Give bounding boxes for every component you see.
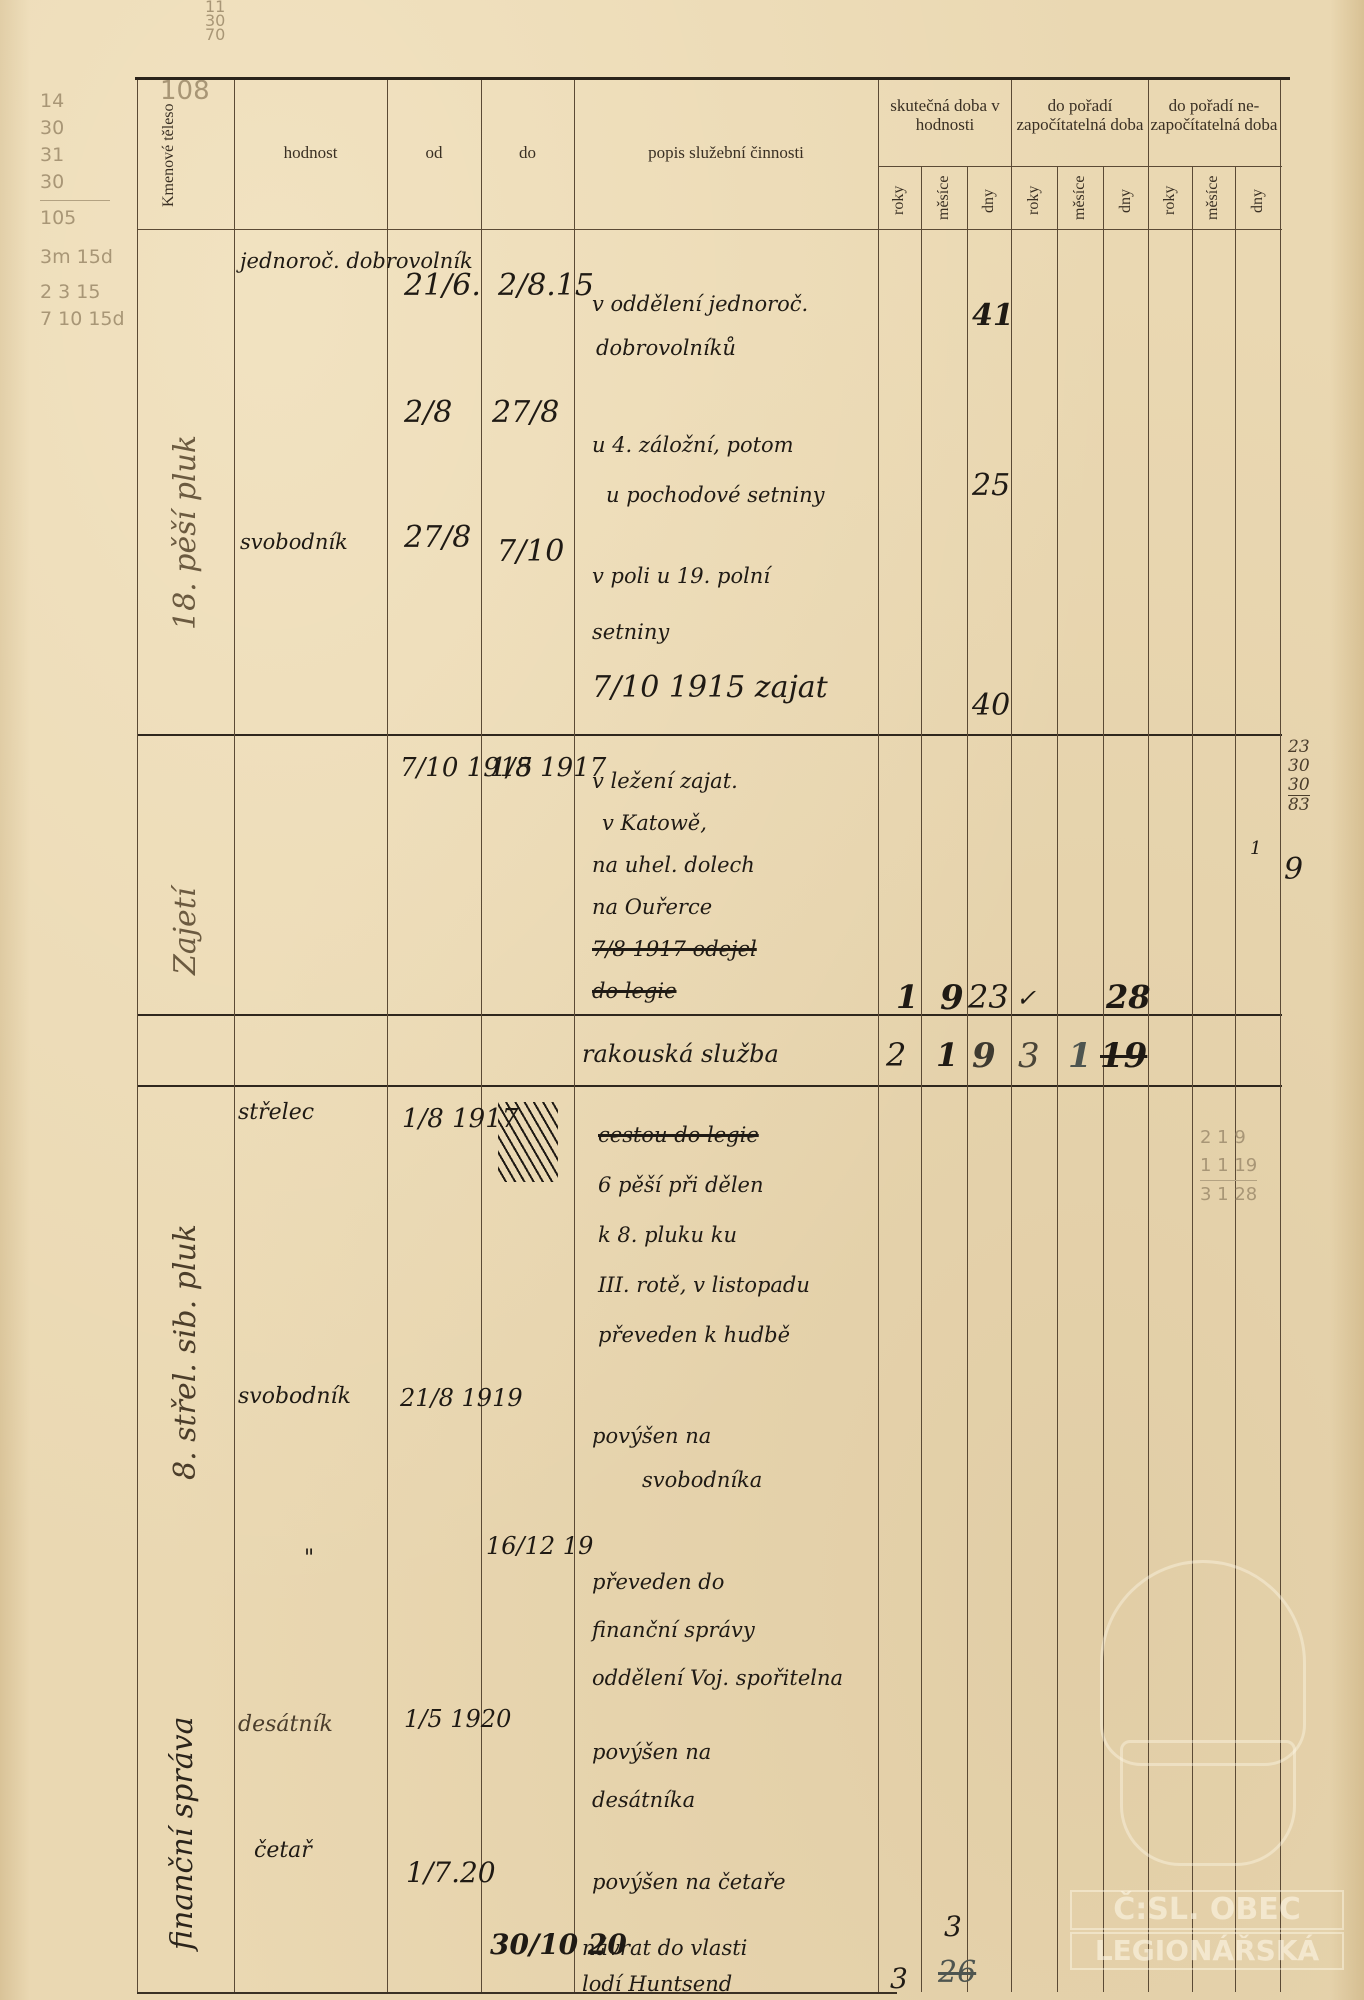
sec5-skutecna-dny-crossed: 26 bbox=[938, 1955, 976, 1990]
margin-note-top: 113070 bbox=[205, 0, 225, 42]
sec4-row1-popis: cestou do legie 6 pěší při dělen k 8. pl… bbox=[598, 1110, 810, 1360]
header-group-nezapocitatelna: do pořadí ne-započítatelná doba bbox=[1150, 96, 1278, 134]
soldier-helmet-emblem-icon bbox=[1100, 1560, 1306, 1766]
subheader-sk-roky: roky bbox=[890, 180, 908, 220]
subheader-ne-roky: roky bbox=[1161, 180, 1179, 220]
subheader-ne-mesice: měsíce bbox=[1204, 172, 1222, 224]
rakouska-popis: rakouská služba bbox=[582, 1040, 779, 1068]
sec5-skutecna-roky: 3 bbox=[890, 1962, 908, 1995]
sec4-row2-popis: povýšen na svobodníka bbox=[592, 1414, 762, 1502]
col-line-popis bbox=[878, 80, 879, 1992]
unit-zajeti: Zajetí bbox=[168, 855, 203, 975]
zajeti-skutecna-dny: 23 bbox=[968, 978, 1009, 1016]
row1-do: 2/8.15 bbox=[498, 268, 594, 303]
sec5-row3-popis: návrat do vlasti lodí Huntsend bbox=[582, 1930, 747, 2000]
unit-18-regiment: 18. pěší pluk bbox=[168, 330, 203, 630]
zajeti-check: ✓ bbox=[1016, 984, 1036, 1012]
header-group-zapocitatelna: do pořadí započítatelná doba bbox=[1014, 96, 1146, 134]
row3-popis: v poli u 19. polní setniny 7/10 1915 zaj… bbox=[592, 548, 828, 716]
row2-skutecna-dny: 25 bbox=[972, 468, 1010, 503]
subheader-ne-dny: dny bbox=[1249, 184, 1267, 218]
row3-skutecna-dny: 40 bbox=[972, 688, 1010, 723]
sec5-row2-hodnost: četař bbox=[254, 1838, 312, 1863]
row3-do: 7/10 bbox=[497, 534, 564, 569]
sec4-row2-od: 21/8 1919 bbox=[400, 1380, 523, 1416]
zajeti-skutecna-roky: 1 bbox=[896, 978, 918, 1016]
sec5-row1-od: 1/5 1920 bbox=[404, 1702, 511, 1736]
section-rule-18-regiment bbox=[137, 734, 1282, 736]
zajeti-zapocitatelna-dny: 28 bbox=[1106, 978, 1151, 1016]
header-popis: popis služební činnosti bbox=[574, 143, 878, 162]
zajeti-side-mark-9: 9 bbox=[1284, 852, 1303, 887]
rakouska-skutecna-dny: 9 bbox=[972, 1036, 996, 1076]
unit-8-rifle-siberian-regiment: 8. střel. sib. pluk bbox=[168, 1160, 203, 1480]
zajeti-side-totals: 23 30 30 83 bbox=[1288, 738, 1310, 815]
sec5-row1-hodnost: desátník bbox=[238, 1712, 333, 1737]
header-hodnost: hodnost bbox=[234, 143, 387, 162]
row2-od: 2/8 bbox=[404, 395, 452, 430]
subheader-sk-mesice: měsíce bbox=[935, 172, 953, 224]
col-line-za-roky bbox=[1057, 166, 1058, 1992]
col-line-kmenove bbox=[234, 80, 235, 1992]
sec5-row2-od: 1/7.20 bbox=[406, 1856, 496, 1889]
row3-hodnost: svobodník bbox=[240, 530, 348, 554]
rakouska-zapocitatelna-mesice: 1 bbox=[1068, 1036, 1092, 1076]
header-od: od bbox=[387, 143, 481, 162]
sec4-row2-hodnost: svobodník bbox=[238, 1384, 351, 1409]
header-group-skutecna: skutečná doba v hodnosti bbox=[883, 96, 1007, 134]
row2-popis: u 4. záložní, potomu pochodové setniny bbox=[592, 420, 825, 520]
sec4-row3-popis: převeden do finanční správy oddělení Voj… bbox=[592, 1558, 843, 1702]
rakouska-skutecna-roky: 2 bbox=[886, 1036, 906, 1074]
row1-skutecna-dny: 41 bbox=[972, 298, 1014, 333]
unit-financni-sprava: finanční správa bbox=[165, 1660, 200, 1950]
header-do: do bbox=[481, 143, 574, 162]
sec5-row1-popis: povýšen na desátníka bbox=[592, 1728, 711, 1824]
rakouska-zapocitatelna-roky: 3 bbox=[1018, 1036, 1040, 1076]
table-top-rule bbox=[135, 77, 1290, 80]
sec4-row3-do: 16/12 19 bbox=[486, 1532, 593, 1560]
sec5-skutecna-mesice: 3 bbox=[944, 1910, 962, 1943]
col-line-skutecna bbox=[1011, 80, 1012, 1992]
coat-of-arms-icon bbox=[1120, 1740, 1296, 1866]
margin-note-left: 14 30 31 30 105 3m 15d 2 3 15 7 10 15d bbox=[40, 88, 125, 333]
header-kmenove-teleso: Kmenové těleso bbox=[160, 100, 204, 210]
zajeti-skutecna-mesice: 9 bbox=[940, 978, 964, 1018]
sec4-pencil-totals: 2 1 9 1 1 19 3 1 28 bbox=[1200, 1124, 1257, 1209]
group-header-rule bbox=[878, 166, 1282, 167]
row1-od: 21/6. bbox=[404, 268, 481, 303]
watermark-line1: Č:SL. OBEC bbox=[1070, 1890, 1344, 1930]
col-line-sk-roky bbox=[921, 166, 922, 1992]
watermark-line2: LEGIONÁŘSKÁ bbox=[1070, 1932, 1344, 1970]
col-line-left bbox=[137, 80, 138, 1992]
rakouska-skutecna-mesice: 1 bbox=[936, 1036, 958, 1074]
row2-do: 27/8 bbox=[492, 395, 559, 430]
table-bottom-rule bbox=[137, 1992, 897, 1994]
col-line-hodnost bbox=[387, 80, 388, 1992]
col-line-do bbox=[574, 80, 575, 1992]
col-line-sk-mesice bbox=[967, 166, 968, 1992]
zajeti-do: 1/8 1917 bbox=[490, 748, 606, 788]
section-rule-rakouska bbox=[137, 1085, 1282, 1087]
subheader-sk-dny: dny bbox=[980, 184, 998, 218]
subheader-za-roky: roky bbox=[1025, 180, 1043, 220]
subheader-za-mesice: měsíce bbox=[1071, 172, 1089, 224]
sec4-row1-do-crossed bbox=[492, 1092, 562, 1192]
header-bottom-rule bbox=[137, 229, 1282, 230]
sec4-row1-hodnost: střelec bbox=[238, 1100, 314, 1125]
zajeti-popis: v ležení zajat. v Katowě, na uhel. dolec… bbox=[592, 760, 757, 1012]
sec4-row3-hodnost-ditto: " bbox=[304, 1546, 314, 1571]
zajeti-side-mark-1: 1 bbox=[1250, 838, 1261, 859]
subheader-za-dny: dny bbox=[1117, 184, 1135, 218]
row1-popis: v oddělení jednoroč.dobrovolníků bbox=[592, 282, 808, 370]
sec5-row2-popis: povýšen na četaře bbox=[592, 1870, 786, 1894]
legion-watermark: Č:SL. OBEC LEGIONÁŘSKÁ bbox=[1060, 1540, 1360, 1980]
row3-od: 27/8 bbox=[404, 520, 471, 555]
rakouska-zapocitatelna-dny: 19 bbox=[1100, 1036, 1147, 1076]
